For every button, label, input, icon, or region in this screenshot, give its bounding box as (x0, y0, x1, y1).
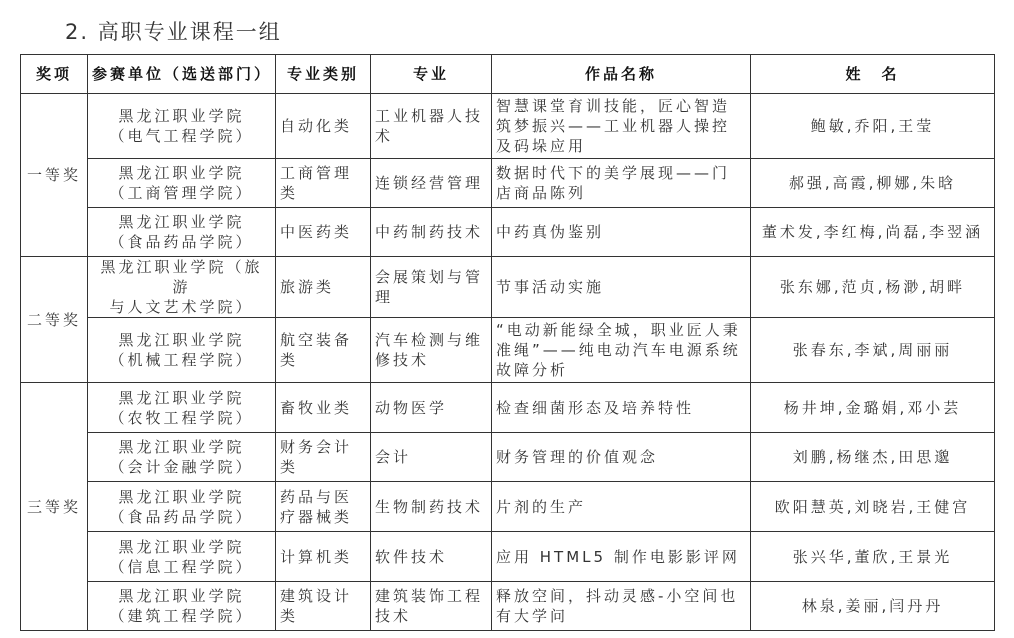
award-level: 三等奖 (21, 383, 88, 631)
unit-line1: 黑龙江职业学院（旅游 (92, 257, 271, 297)
unit-line1: 黑龙江职业学院 (92, 330, 271, 350)
table-row: 黑龙江职业学院（建筑工程学院） 建筑设计类 建筑装饰工程技术 释放空间，抖动灵感… (21, 582, 995, 631)
unit-line1: 黑龙江职业学院 (92, 537, 271, 557)
major-cell: 工业机器人技术 (371, 94, 492, 159)
work-cell: 财务管理的价值观念 (492, 433, 751, 482)
unit-line2: （建筑工程学院） (92, 606, 271, 626)
unit-cell: 黑龙江职业学院（旅游与人文艺术学院） (88, 257, 276, 318)
major-cell: 中药制药技术 (371, 208, 492, 257)
names-cell: 林泉,姜丽,闫丹丹 (751, 582, 995, 631)
header-work: 作品名称 (492, 55, 751, 94)
major-cell: 软件技术 (371, 532, 492, 582)
header-major: 专业 (371, 55, 492, 94)
unit-line2: （食品药品学院） (92, 232, 271, 252)
unit-line1: 黑龙江职业学院 (92, 106, 271, 126)
major-cell: 生物制药技术 (371, 482, 492, 532)
names-cell: 张春东,李斌,周丽丽 (751, 318, 995, 383)
work-cell: 片剂的生产 (492, 482, 751, 532)
category-cell: 计算机类 (276, 532, 371, 582)
names-cell: 郝强,高霞,柳娜,朱晗 (751, 159, 995, 208)
unit-cell: 黑龙江职业学院（机械工程学院） (88, 318, 276, 383)
section-title: 2. 高职专业课程一组 (65, 16, 282, 46)
names-cell: 张东娜,范贞,杨渺,胡畔 (751, 257, 995, 318)
category-cell: 畜牧业类 (276, 383, 371, 433)
unit-cell: 黑龙江职业学院（电气工程学院） (88, 94, 276, 159)
header-row: 奖项 参赛单位（选送部门） 专业类别 专业 作品名称 姓 名 (21, 55, 995, 94)
category-cell: 建筑设计类 (276, 582, 371, 631)
unit-line2: （机械工程学院） (92, 350, 271, 370)
work-cell: 中药真伪鉴别 (492, 208, 751, 257)
unit-cell: 黑龙江职业学院（建筑工程学院） (88, 582, 276, 631)
category-cell: 旅游类 (276, 257, 371, 318)
names-cell: 董术发,李红梅,尚磊,李翌涵 (751, 208, 995, 257)
major-cell: 连锁经营管理 (371, 159, 492, 208)
table-row: 黑龙江职业学院（食品药品学院） 中医药类 中药制药技术 中药真伪鉴别 董术发,李… (21, 208, 995, 257)
table-row: 黑龙江职业学院（信息工程学院） 计算机类 软件技术 应用 HTML5 制作电影影… (21, 532, 995, 582)
names-cell: 张兴华,董欣,王景光 (751, 532, 995, 582)
category-cell: 中医药类 (276, 208, 371, 257)
unit-line2: （会计金融学院） (92, 457, 271, 477)
work-cell: 节事活动实施 (492, 257, 751, 318)
award-level: 一等奖 (21, 94, 88, 257)
unit-line2: （农牧工程学院） (92, 408, 271, 428)
unit-line2: （电气工程学院） (92, 126, 271, 146)
major-cell: 建筑装饰工程技术 (371, 582, 492, 631)
unit-cell: 黑龙江职业学院（工商管理学院） (88, 159, 276, 208)
unit-line2: （信息工程学院） (92, 557, 271, 577)
unit-line1: 黑龙江职业学院 (92, 163, 271, 183)
unit-line2: （工商管理学院） (92, 183, 271, 203)
table-row: 一等奖 黑龙江职业学院（电气工程学院） 自动化类 工业机器人技术 智慧课堂育训技… (21, 94, 995, 159)
unit-line1: 黑龙江职业学院 (92, 212, 271, 232)
unit-line1: 黑龙江职业学院 (92, 586, 271, 606)
names-cell: 刘鹏,杨继杰,田思邈 (751, 433, 995, 482)
unit-cell: 黑龙江职业学院（食品药品学院） (88, 482, 276, 532)
unit-cell: 黑龙江职业学院（会计金融学院） (88, 433, 276, 482)
table-row: 黑龙江职业学院（食品药品学院） 药品与医疗器械类 生物制药技术 片剂的生产 欧阳… (21, 482, 995, 532)
work-cell: 数据时代下的美学展现——门店商品陈列 (492, 159, 751, 208)
category-cell: 自动化类 (276, 94, 371, 159)
names-cell: 鲍敏,乔阳,王莹 (751, 94, 995, 159)
table-row: 二等奖 黑龙江职业学院（旅游与人文艺术学院） 旅游类 会展策划与管理 节事活动实… (21, 257, 995, 318)
unit-cell: 黑龙江职业学院（信息工程学院） (88, 532, 276, 582)
major-cell: 汽车检测与维修技术 (371, 318, 492, 383)
unit-line2: 与人文艺术学院） (92, 297, 271, 317)
work-cell: 智慧课堂育训技能，匠心智造筑梦振兴——工业机器人操控及码垛应用 (492, 94, 751, 159)
work-cell: “电动新能绿全城，职业匠人秉准绳”——纯电动汽车电源系统故障分析 (492, 318, 751, 383)
header-award: 奖项 (21, 55, 88, 94)
category-cell: 财务会计类 (276, 433, 371, 482)
names-cell: 杨井坤,金璐娟,邓小芸 (751, 383, 995, 433)
major-cell: 动物医学 (371, 383, 492, 433)
work-cell: 应用 HTML5 制作电影影评网 (492, 532, 751, 582)
category-cell: 工商管理类 (276, 159, 371, 208)
unit-line1: 黑龙江职业学院 (92, 437, 271, 457)
table-row: 黑龙江职业学院（机械工程学院） 航空装备类 汽车检测与维修技术 “电动新能绿全城… (21, 318, 995, 383)
header-names: 姓 名 (751, 55, 995, 94)
unit-line1: 黑龙江职业学院 (92, 487, 271, 507)
table-row: 黑龙江职业学院（会计金融学院） 财务会计类 会计 财务管理的价值观念 刘鹏,杨继… (21, 433, 995, 482)
table-row: 黑龙江职业学院（工商管理学院） 工商管理类 连锁经营管理 数据时代下的美学展现—… (21, 159, 995, 208)
work-cell: 释放空间，抖动灵感-小空间也有大学问 (492, 582, 751, 631)
major-cell: 会展策划与管理 (371, 257, 492, 318)
table-row: 三等奖 黑龙江职业学院（农牧工程学院） 畜牧业类 动物医学 检查细菌形态及培养特… (21, 383, 995, 433)
major-cell: 会计 (371, 433, 492, 482)
header-unit: 参赛单位（选送部门） (88, 55, 276, 94)
work-cell: 检查细菌形态及培养特性 (492, 383, 751, 433)
unit-cell: 黑龙江职业学院（食品药品学院） (88, 208, 276, 257)
category-cell: 药品与医疗器械类 (276, 482, 371, 532)
unit-line1: 黑龙江职业学院 (92, 388, 271, 408)
header-category: 专业类别 (276, 55, 371, 94)
unit-cell: 黑龙江职业学院（农牧工程学院） (88, 383, 276, 433)
category-cell: 航空装备类 (276, 318, 371, 383)
awards-table: 奖项 参赛单位（选送部门） 专业类别 专业 作品名称 姓 名 一等奖 黑龙江职业… (20, 54, 995, 631)
names-cell: 欧阳慧英,刘晓岩,王健宫 (751, 482, 995, 532)
unit-line2: （食品药品学院） (92, 507, 271, 527)
award-level: 二等奖 (21, 257, 88, 383)
